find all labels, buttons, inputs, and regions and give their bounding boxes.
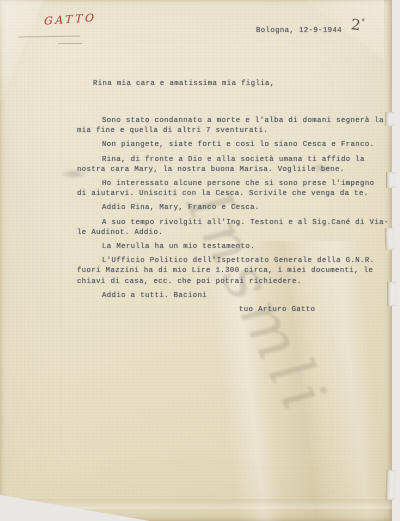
- letter-line: L'Ufficio Politico dell'Ispettorato Gene…: [77, 256, 389, 266]
- letter-line: La Merulla ha un mio testamento.: [77, 242, 389, 252]
- letter-paragraph: Non piangete, siate forti e così lo sian…: [77, 140, 389, 150]
- letter-salutation: Rina mia cara e amatissima mia figlia,: [93, 80, 275, 88]
- handwritten-page-number: 2°: [350, 15, 366, 35]
- letter-paragraph: La Merulla ha un mio testamento.: [77, 242, 389, 252]
- scanned-letter-page: Insmli GATTO 2° Bologna, 12-9-1944 Rina …: [0, 0, 400, 521]
- letter-line: Sono stato condannato a morte e l'alba d…: [77, 116, 389, 126]
- letter-line: chiavi di casa, ecc. che poi potrai rich…: [77, 277, 389, 287]
- letter-paragraph: Ho interessato alcune persone che si son…: [77, 179, 389, 199]
- letter-paragraph: Addio a tutti. Bacioni: [77, 291, 389, 301]
- letter-line: Rina, di fronte a Dio e alla società uma…: [77, 155, 389, 165]
- pencil-line: [58, 43, 82, 44]
- letter-paragraph: A suo tempo rivolgiti all'Ing. Testoni e…: [77, 218, 389, 238]
- letter-line: nostra cara Mary, la nostra buona Marisa…: [77, 165, 389, 175]
- letter-dateline: Bologna, 12-9-1944: [256, 27, 342, 35]
- letter-line: le Audinot. Addio.: [77, 228, 389, 238]
- letter-line: Ho interessato alcune persone che si son…: [77, 179, 389, 189]
- letter-signature: tuo Arturo Gatto: [239, 306, 315, 314]
- letter-line: A suo tempo rivolgiti all'Ing. Testoni e…: [77, 218, 389, 228]
- letter-line: Addio Rina, Mary, Franco e Cesca.: [77, 203, 389, 213]
- letter-line: mia fine e quella di altri 7 sventurati.: [77, 126, 389, 136]
- letter-paragraph: Sono stato condannato a morte e l'alba d…: [77, 116, 389, 136]
- letter-line: Addio a tutti. Bacioni: [77, 291, 389, 301]
- letter-line: di aiutarvi. Unisciti con la Cesca. Scri…: [77, 189, 389, 199]
- letter-paragraph: Addio Rina, Mary, Franco e Cesca.: [77, 203, 389, 213]
- letter-body: Sono stato condannato a morte e l'alba d…: [77, 116, 389, 305]
- torn-edge-notch: [385, 470, 395, 500]
- letter-line: fuori Mazzini ha di mio Lire 1.300 circa…: [77, 266, 389, 276]
- letter-paragraph: L'Ufficio Politico dell'Ispettorato Gene…: [77, 256, 389, 287]
- letter-paragraph: Rina, di fronte a Dio e alla società uma…: [77, 155, 389, 175]
- letter-line: Non piangete, siate forti e così lo sian…: [77, 140, 389, 150]
- scanner-background-right: [392, 0, 400, 521]
- smudge-mark: [60, 169, 88, 179]
